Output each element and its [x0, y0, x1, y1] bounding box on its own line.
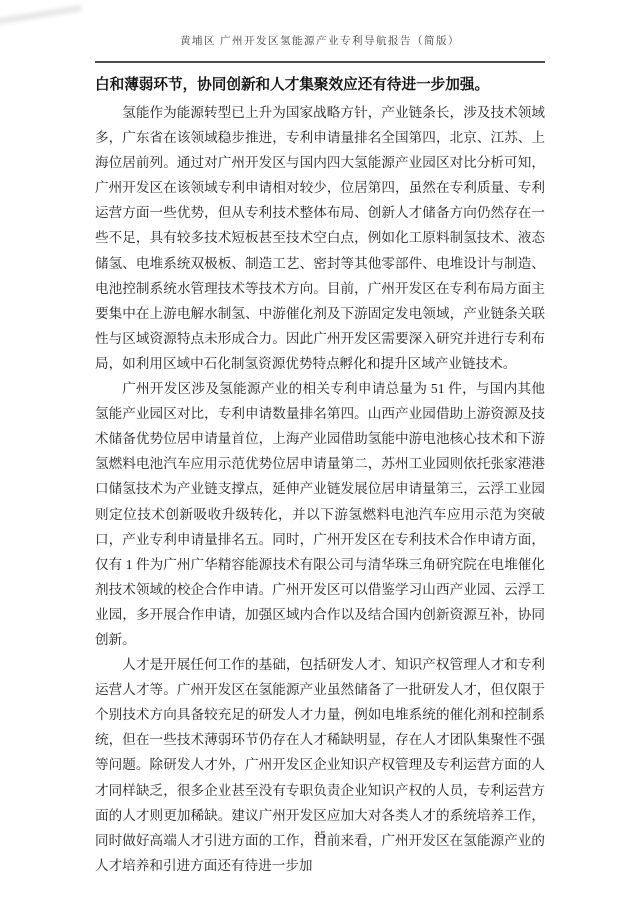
page-header: 黄埔区 广州开发区氢能源产业专利导航报告（简版） [95, 33, 545, 48]
paragraph-patent-applications: 广州开发区涉及氢能源产业的相关专利申请总量为 51 件，与国内其他氢能产业园区对… [95, 376, 545, 652]
document-body: 白和薄弱环节，协同创新和人才集聚效应还有待进一步加强。 氢能作为能源转型已上升为… [95, 72, 545, 878]
page-number: 35 [314, 830, 326, 842]
header-divider [95, 61, 545, 63]
document-page: 黄埔区 广州开发区氢能源产业专利导航报告（简版） 白和薄弱环节，协同创新和人才集… [0, 0, 640, 905]
page-footer: 35 [95, 830, 545, 842]
scan-artifact [0, 5, 82, 25]
header-title: 黄埔区 广州开发区氢能源产业专利导航报告（简版） [180, 36, 460, 47]
paragraph-talent: 人才是开展任何工作的基础，包括研发人才、知识产权管理人才和专利运营人才等。广州开… [95, 652, 545, 878]
section-heading-continuation: 白和薄弱环节，协同创新和人才集聚效应还有待进一步加强。 [95, 72, 545, 98]
paragraph-industry-comparison: 氢能作为能源转型已上升为国家战略方针，产业链条长，涉及技术领域多，广东省在该领域… [95, 100, 545, 376]
